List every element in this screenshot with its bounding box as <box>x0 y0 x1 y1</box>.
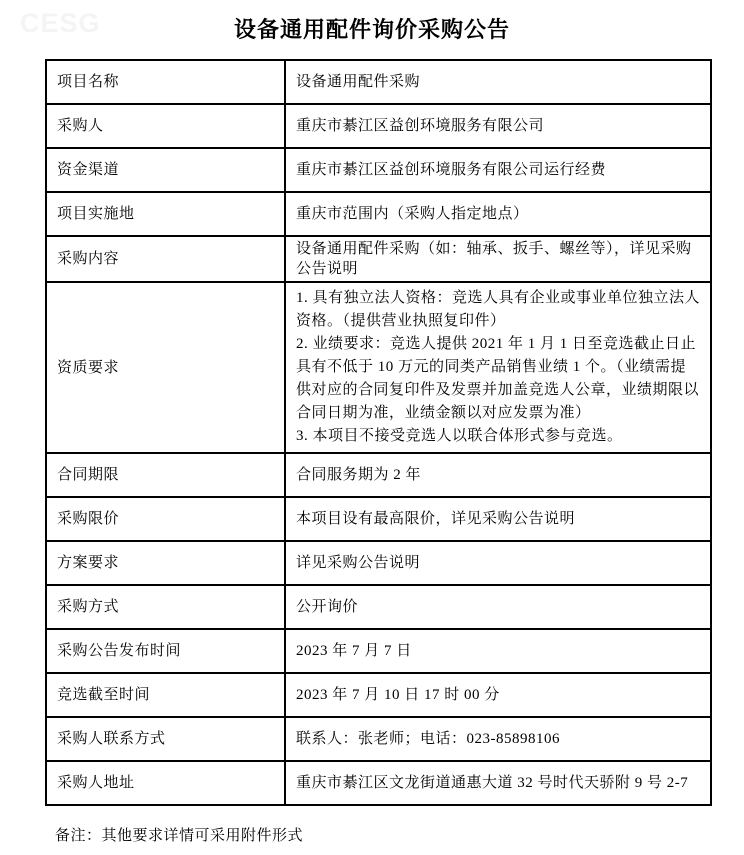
row-label: 采购内容 <box>46 236 285 282</box>
row-label: 合同期限 <box>46 453 285 497</box>
row-label: 方案要求 <box>46 541 285 585</box>
row-label: 资质要求 <box>46 282 285 453</box>
row-value: 重庆市范围内（采购人指定地点） <box>285 192 711 236</box>
row-value: 合同服务期为 2 年 <box>285 453 711 497</box>
table-row-deadline: 竞选截至时间 2023 年 7 月 10 日 17 时 00 分 <box>46 673 711 717</box>
table-row-qualification-requirements: 资质要求 1. 具有独立法人资格：竞选人具有企业或事业单位独立法人资格。（提供营… <box>46 282 711 453</box>
table-row-procurement-content: 采购内容 设备通用配件采购（如：轴承、扳手、螺丝等），详见采购公告说明 <box>46 236 711 282</box>
row-value: 详见采购公告说明 <box>285 541 711 585</box>
table-row-project-name: 项目名称 设备通用配件采购 <box>46 60 711 104</box>
row-label: 资金渠道 <box>46 148 285 192</box>
page-title: 设备通用配件询价采购公告 <box>0 16 744 44</box>
table-row-contact-info: 采购人联系方式 联系人：张老师；电话：023-85898106 <box>46 717 711 761</box>
row-value: 设备通用配件采购 <box>285 60 711 104</box>
watermark-logo: CESG <box>20 8 101 39</box>
announcement-table: 项目名称 设备通用配件采购 采购人 重庆市綦江区益创环境服务有限公司 资金渠道 … <box>45 59 712 806</box>
document-page: CESG 设备通用配件询价采购公告 项目名称 设备通用配件采购 采购人 重庆市綦… <box>0 0 744 855</box>
row-value: 联系人：张老师；电话：023-85898106 <box>285 717 711 761</box>
table-row-project-location: 项目实施地 重庆市范围内（采购人指定地点） <box>46 192 711 236</box>
row-value: 2023 年 7 月 7 日 <box>285 629 711 673</box>
row-label: 项目实施地 <box>46 192 285 236</box>
footer-note: 备注：其他要求详情可采用附件形式 <box>55 824 744 845</box>
row-value: 重庆市綦江区益创环境服务有限公司 <box>285 104 711 148</box>
table-row-purchaser-address: 采购人地址 重庆市綦江区文龙街道通惠大道 32 号时代天骄附 9 号 2-7 <box>46 761 711 805</box>
table-row-procurement-method: 采购方式 公开询价 <box>46 585 711 629</box>
row-value: 重庆市綦江区益创环境服务有限公司运行经费 <box>285 148 711 192</box>
row-value: 设备通用配件采购（如：轴承、扳手、螺丝等），详见采购公告说明 <box>285 236 711 282</box>
table-row-contract-term: 合同期限 合同服务期为 2 年 <box>46 453 711 497</box>
row-label: 项目名称 <box>46 60 285 104</box>
table-row-plan-requirements: 方案要求 详见采购公告说明 <box>46 541 711 585</box>
table-row-announcement-time: 采购公告发布时间 2023 年 7 月 7 日 <box>46 629 711 673</box>
table-row-price-limit: 采购限价 本项目设有最高限价，详见采购公告说明 <box>46 497 711 541</box>
row-value: 重庆市綦江区文龙街道通惠大道 32 号时代天骄附 9 号 2-7 <box>285 761 711 805</box>
row-label: 采购限价 <box>46 497 285 541</box>
row-value: 1. 具有独立法人资格：竞选人具有企业或事业单位独立法人资格。（提供营业执照复印… <box>285 282 711 453</box>
row-label: 采购人地址 <box>46 761 285 805</box>
row-value: 2023 年 7 月 10 日 17 时 00 分 <box>285 673 711 717</box>
row-label: 采购人联系方式 <box>46 717 285 761</box>
row-value: 本项目设有最高限价，详见采购公告说明 <box>285 497 711 541</box>
row-label: 采购方式 <box>46 585 285 629</box>
row-label: 竞选截至时间 <box>46 673 285 717</box>
row-label: 采购公告发布时间 <box>46 629 285 673</box>
row-value: 公开询价 <box>285 585 711 629</box>
row-label: 采购人 <box>46 104 285 148</box>
table-row-funding-channel: 资金渠道 重庆市綦江区益创环境服务有限公司运行经费 <box>46 148 711 192</box>
table-row-purchaser: 采购人 重庆市綦江区益创环境服务有限公司 <box>46 104 711 148</box>
